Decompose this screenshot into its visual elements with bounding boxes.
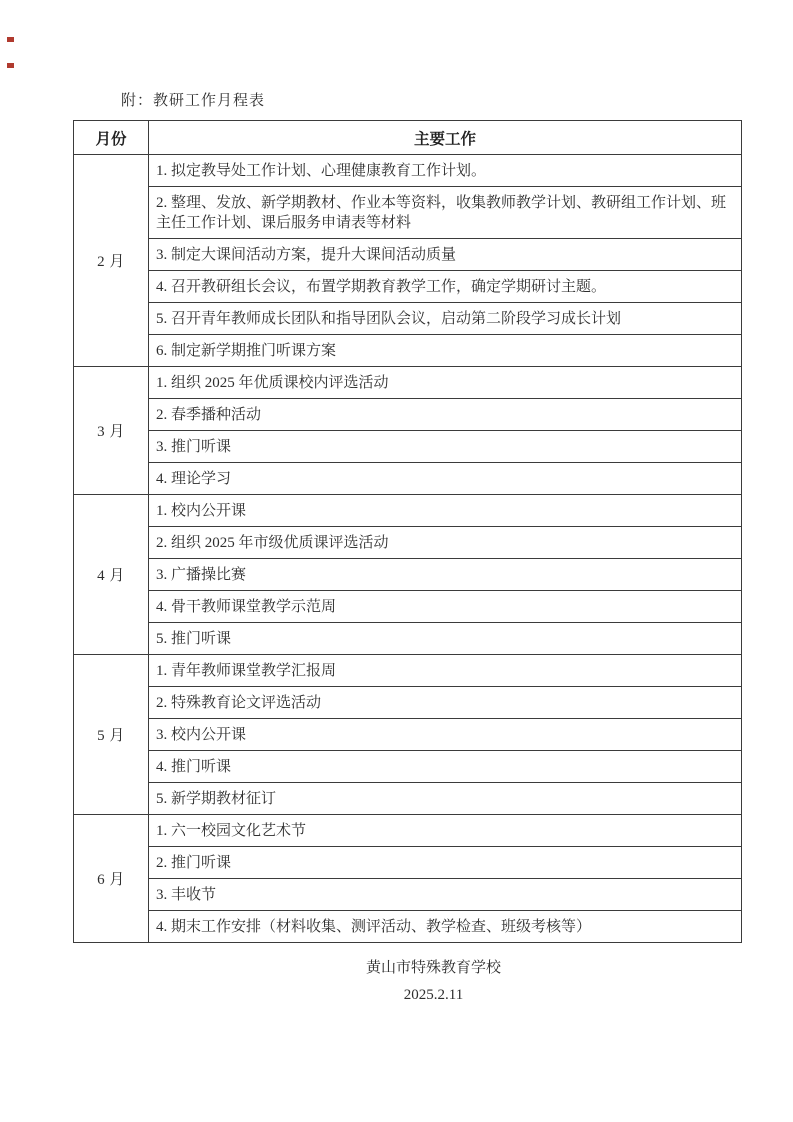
work-item-cell: 1. 校内公开课: [149, 495, 742, 527]
scan-edge-mark: [7, 37, 14, 42]
work-item-cell: 1. 组织 2025 年优质课校内评选活动: [149, 367, 742, 399]
work-item-cell: 1. 青年教师课堂教学汇报周: [149, 655, 742, 687]
table-row: 5 月1. 青年教师课堂教学汇报周: [74, 655, 742, 687]
table-row: 3. 制定大课间活动方案，提升大课间活动质量: [74, 239, 742, 271]
table-row: 2. 组织 2025 年市级优质课评选活动: [74, 527, 742, 559]
work-item-cell: 1. 拟定教导处工作计划、心理健康教育工作计划。: [149, 155, 742, 187]
work-item-cell: 5. 新学期教材征订: [149, 783, 742, 815]
attachment-title: 附：教研工作月程表: [121, 0, 793, 110]
monthly-schedule-table: 月份 主要工作 2 月1. 拟定教导处工作计划、心理健康教育工作计划。2. 整理…: [73, 120, 742, 943]
work-item-cell: 3. 丰收节: [149, 879, 742, 911]
work-item-cell: 2. 推门听课: [149, 847, 742, 879]
document-footer: 黄山市特殊教育学校 2025.2.11: [99, 955, 768, 1009]
document-page: 附：教研工作月程表 月份 主要工作 2 月1. 拟定教导处工作计划、心理健康教育…: [0, 0, 793, 1122]
work-item-cell: 6. 制定新学期推门听课方案: [149, 335, 742, 367]
table-row: 4. 推门听课: [74, 751, 742, 783]
work-item-cell: 2. 特殊教育论文评选活动: [149, 687, 742, 719]
work-item-cell: 1. 六一校园文化艺术节: [149, 815, 742, 847]
month-cell: 2 月: [74, 155, 149, 367]
table-row: 2. 推门听课: [74, 847, 742, 879]
month-cell: 4 月: [74, 495, 149, 655]
table-row: 3. 广播操比赛: [74, 559, 742, 591]
table-row: 4. 理论学习: [74, 463, 742, 495]
table-header-row: 月份 主要工作: [74, 121, 742, 155]
month-cell: 3 月: [74, 367, 149, 495]
table-row: 6. 制定新学期推门听课方案: [74, 335, 742, 367]
table-row: 4. 召开教研组长会议，布置学期教育教学工作，确定学期研讨主题。: [74, 271, 742, 303]
work-item-cell: 3. 制定大课间活动方案，提升大课间活动质量: [149, 239, 742, 271]
table-row: 5. 召开青年教师成长团队和指导团队会议，启动第二阶段学习成长计划: [74, 303, 742, 335]
month-cell: 6 月: [74, 815, 149, 943]
table-row: 6 月1. 六一校园文化艺术节: [74, 815, 742, 847]
work-item-cell: 3. 校内公开课: [149, 719, 742, 751]
work-column-header: 主要工作: [149, 121, 742, 155]
month-column-header: 月份: [74, 121, 149, 155]
table-row: 3. 丰收节: [74, 879, 742, 911]
work-item-cell: 5. 召开青年教师成长团队和指导团队会议，启动第二阶段学习成长计划: [149, 303, 742, 335]
work-item-cell: 4. 召开教研组长会议，布置学期教育教学工作，确定学期研讨主题。: [149, 271, 742, 303]
table-row: 4 月1. 校内公开课: [74, 495, 742, 527]
table-row: 2. 春季播种活动: [74, 399, 742, 431]
work-item-cell: 4. 推门听课: [149, 751, 742, 783]
table-row: 2 月1. 拟定教导处工作计划、心理健康教育工作计划。: [74, 155, 742, 187]
scan-edge-mark: [7, 63, 14, 68]
schedule-table-body: 2 月1. 拟定教导处工作计划、心理健康教育工作计划。2. 整理、发放、新学期教…: [74, 155, 742, 943]
organization-name: 黄山市特殊教育学校: [99, 955, 768, 982]
document-date: 2025.2.11: [99, 982, 768, 1009]
work-item-cell: 2. 春季播种活动: [149, 399, 742, 431]
work-item-cell: 3. 广播操比赛: [149, 559, 742, 591]
table-row: 3. 推门听课: [74, 431, 742, 463]
work-item-cell: 2. 组织 2025 年市级优质课评选活动: [149, 527, 742, 559]
table-row: 2. 特殊教育论文评选活动: [74, 687, 742, 719]
table-row: 3 月1. 组织 2025 年优质课校内评选活动: [74, 367, 742, 399]
work-item-cell: 3. 推门听课: [149, 431, 742, 463]
table-row: 2. 整理、发放、新学期教材、作业本等资料，收集教师教学计划、教研组工作计划、班…: [74, 187, 742, 239]
work-item-cell: 2. 整理、发放、新学期教材、作业本等资料，收集教师教学计划、教研组工作计划、班…: [149, 187, 742, 239]
work-item-cell: 4. 期末工作安排（材料收集、测评活动、教学检查、班级考核等）: [149, 911, 742, 943]
table-row: 4. 骨干教师课堂教学示范周: [74, 591, 742, 623]
work-item-cell: 4. 理论学习: [149, 463, 742, 495]
table-row: 4. 期末工作安排（材料收集、测评活动、教学检查、班级考核等）: [74, 911, 742, 943]
work-item-cell: 5. 推门听课: [149, 623, 742, 655]
table-row: 5. 推门听课: [74, 623, 742, 655]
table-row: 3. 校内公开课: [74, 719, 742, 751]
table-row: 5. 新学期教材征订: [74, 783, 742, 815]
month-cell: 5 月: [74, 655, 149, 815]
work-item-cell: 4. 骨干教师课堂教学示范周: [149, 591, 742, 623]
